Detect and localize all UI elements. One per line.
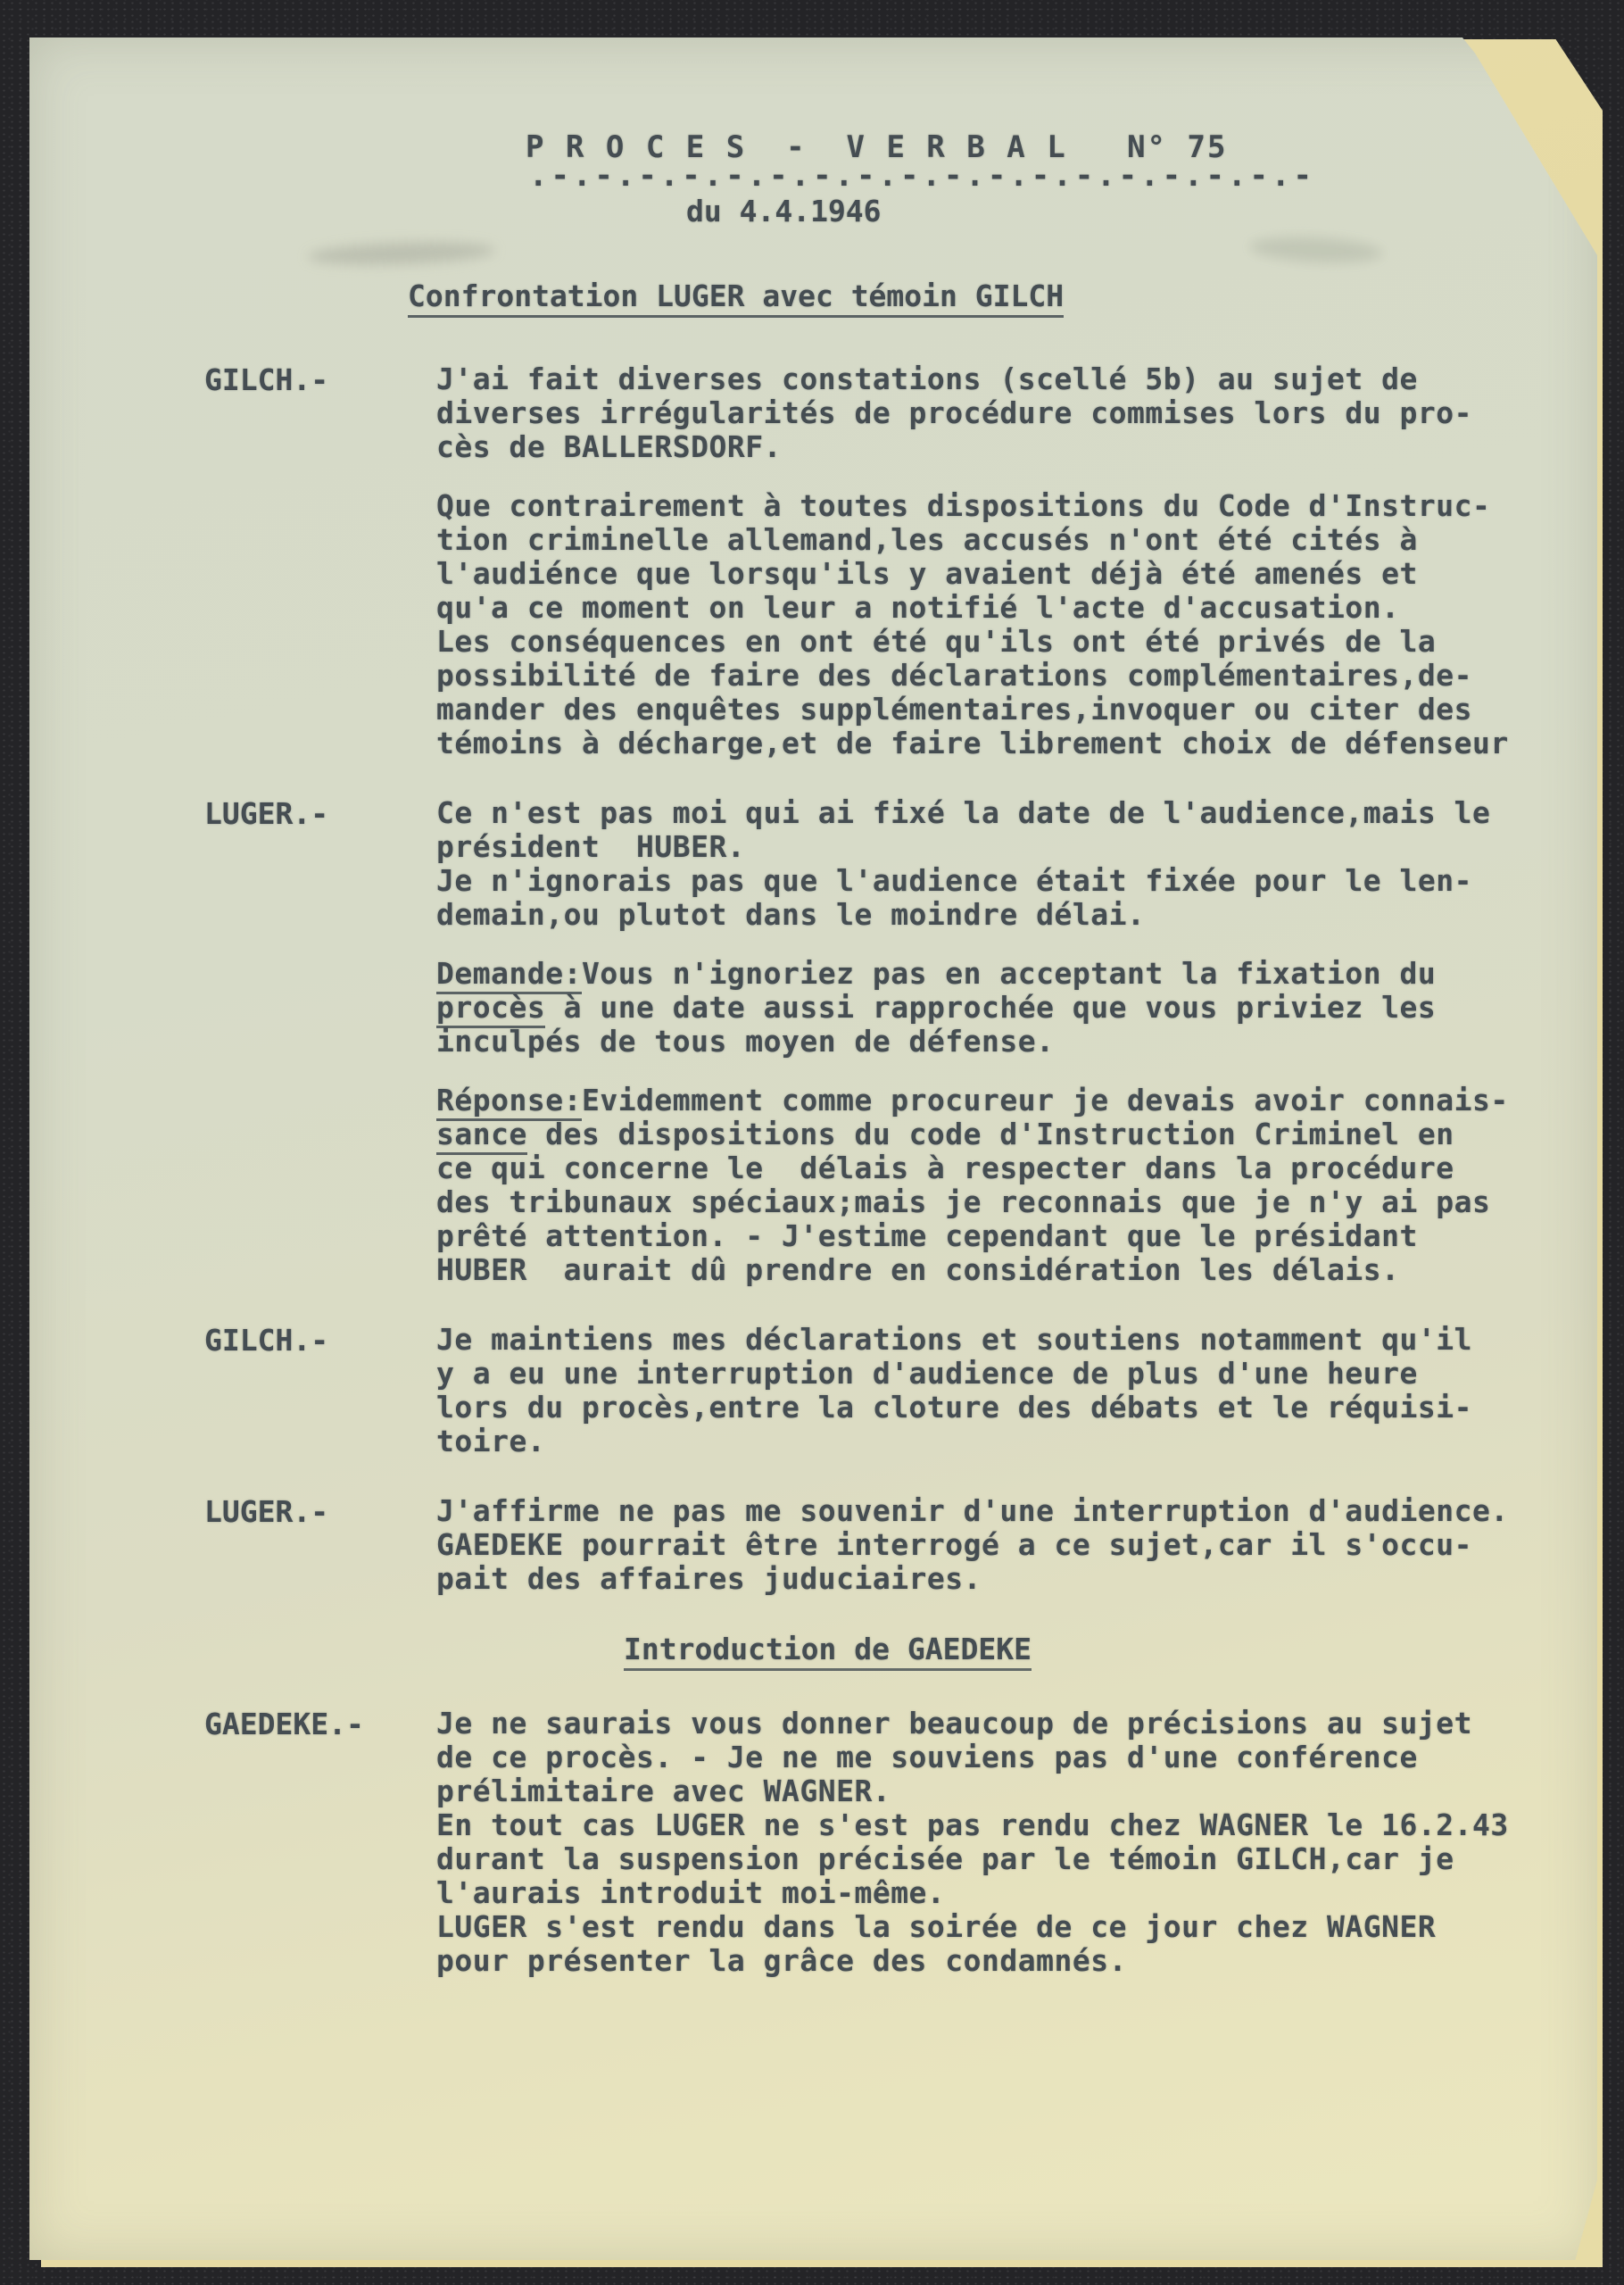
speaker-label: LUGER.- (204, 796, 436, 831)
entry-luger-1: LUGER.- Ce n'est pas moi qui ai fixé la … (204, 796, 1592, 932)
document-content: P R O C E S - V E R B A L N° 75 .-.-.-.-… (29, 37, 1597, 2260)
entry-reponse: Réponse:Evidemment comme procureur je de… (204, 1084, 1592, 1287)
demande-label: Demande: (436, 956, 582, 994)
entry-text: J'ai fait diverses constations (scellé 5… (436, 362, 1592, 464)
section-heading-introduction-gaedeke: Introduction de GAEDEKE (624, 1632, 1032, 1671)
entry-text: J'affirme ne pas me souvenir d'une inter… (436, 1494, 1592, 1596)
reponse-text-1: Evidemment comme procureur je devais avo… (582, 1083, 1509, 1118)
document-date: du 4.4.1946 (686, 194, 1597, 228)
reponse-underlined-word: sance (436, 1117, 527, 1155)
entry-demande: Demande:Vous n'ignoriez pas en acceptant… (204, 957, 1592, 1059)
reponse-text-2: des dispositions du code d'Instruction C… (436, 1117, 1490, 1287)
entry-gilch-2: GILCH.- Je maintiens mes déclarations et… (204, 1323, 1592, 1458)
demande-text-2: à une date aussi rapprochée que vous pri… (436, 990, 1436, 1059)
entry-gilch-1-continued: Que contrairement à toutes dispositions … (204, 489, 1592, 760)
demande-underlined-word: procès (436, 990, 545, 1028)
entry-text: Je ne saurais vous donner beaucoup de pr… (436, 1707, 1592, 1978)
demande-text-1: Vous n'ignoriez pas en acceptant la fixa… (582, 956, 1436, 991)
entry-text: Je maintiens mes déclarations et soutien… (436, 1323, 1592, 1458)
reponse-label: Réponse: (436, 1083, 582, 1121)
speaker-label: GAEDEKE.- (204, 1707, 436, 1741)
scanned-document-page: { "colors":{"paper":"#d8dcc8","paper_bot… (0, 0, 1624, 2285)
entry-text: Réponse:Evidemment comme procureur je de… (436, 1084, 1592, 1287)
title-underline-rule: .-.-.-.-.-.-.-.-.-.-.-.-.-.-.-.-.-.- (529, 158, 1597, 194)
entry-text: Demande:Vous n'ignoriez pas en acceptant… (436, 957, 1592, 1059)
speaker-label: GILCH.- (204, 1323, 436, 1358)
entry-gilch-1: GILCH.- J'ai fait diverses constations (… (204, 362, 1592, 464)
entry-gaedeke: GAEDEKE.- Je ne saurais vous donner beau… (204, 1707, 1592, 1978)
entry-luger-2: LUGER.- J'affirme ne pas me souvenir d'u… (204, 1494, 1592, 1596)
entry-text: Que contrairement à toutes dispositions … (436, 489, 1592, 760)
speaker-label: LUGER.- (204, 1494, 436, 1529)
entry-text: Ce n'est pas moi qui ai fixé la date de … (436, 796, 1592, 932)
speaker-label: GILCH.- (204, 362, 436, 397)
section-heading-confrontation: Confrontation LUGER avec témoin GILCH (408, 278, 1064, 318)
